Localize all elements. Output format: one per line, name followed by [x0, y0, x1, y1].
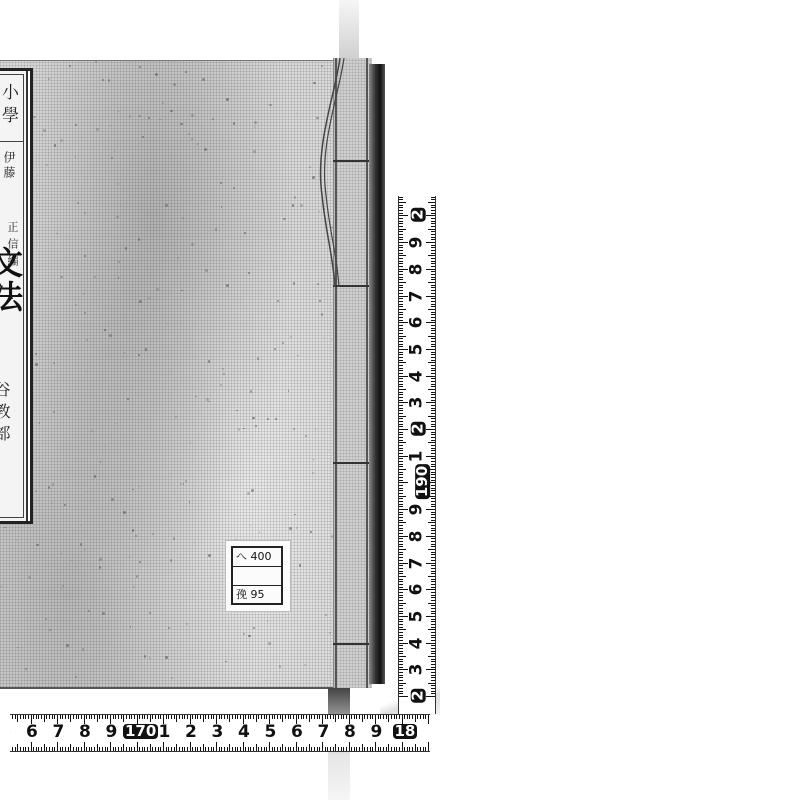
ruler-tick	[142, 715, 143, 719]
ruler-tick	[431, 314, 435, 315]
ruler-tick	[399, 301, 403, 302]
ruler-tick	[333, 715, 334, 719]
ruler-tick	[229, 744, 230, 751]
paper-speck	[69, 65, 71, 67]
ruler-tick	[399, 373, 403, 374]
paper-speck	[304, 664, 306, 666]
ruler-tick	[399, 320, 403, 321]
paper-speck	[310, 531, 312, 533]
ruler-tick	[266, 715, 267, 719]
ruler-tick	[245, 747, 246, 751]
ruler-tick	[224, 747, 225, 751]
ruler-tick	[176, 715, 177, 722]
ruler-tick	[184, 747, 185, 751]
ruler-tick	[399, 218, 403, 219]
ruler-tick	[399, 554, 403, 555]
ruler-tick	[431, 613, 435, 614]
paper-speck	[142, 136, 144, 138]
ruler-tick	[15, 747, 16, 751]
ruler-tick	[431, 245, 435, 246]
paper-speck	[118, 277, 119, 278]
ruler-tick	[383, 747, 384, 751]
ruler-tick	[399, 522, 406, 523]
ruler-tick	[54, 715, 55, 719]
ruler-label: 9	[408, 237, 425, 249]
ruler-tick	[277, 747, 278, 751]
ruler-tick	[107, 747, 108, 751]
ruler-tick	[399, 197, 403, 198]
ruler-tick	[431, 448, 435, 449]
ruler-tick	[91, 747, 92, 751]
ruler-tick	[431, 325, 435, 326]
paper-speck	[191, 243, 194, 246]
ruler-tick	[428, 742, 429, 751]
ruler-tick	[301, 715, 302, 719]
paper-speck	[37, 175, 38, 176]
ruler-tick	[428, 603, 435, 604]
ruler-tick	[158, 715, 159, 719]
ruler-tick	[431, 546, 435, 547]
paper-speck	[152, 533, 153, 534]
ruler-tick	[399, 490, 403, 491]
ruler-tick	[399, 410, 403, 411]
ruler-tick	[431, 271, 435, 272]
ruler-tick	[431, 231, 435, 232]
ruler-tick	[399, 245, 403, 246]
ruler-tick	[399, 250, 403, 251]
ruler-tick	[431, 328, 435, 329]
ruler-tick	[184, 715, 185, 719]
ruler-tick	[394, 747, 395, 751]
ruler-tick	[431, 312, 435, 313]
ruler-tick	[399, 715, 400, 719]
ruler-tick	[399, 544, 403, 545]
ruler-tick	[115, 715, 116, 719]
author-name: 伊藤	[1, 151, 18, 181]
paper-speck	[268, 642, 271, 645]
ruler-tick	[399, 747, 400, 751]
ruler-label: 6	[408, 317, 425, 329]
ruler-tick	[399, 421, 403, 422]
ruler-tick	[426, 376, 435, 377]
ruler-tick	[144, 747, 145, 751]
ruler-tick	[399, 501, 403, 502]
ruler-tick	[431, 573, 435, 574]
ruler-label: 8	[79, 724, 91, 741]
ruler-tick	[399, 659, 403, 660]
ruler-tick	[399, 677, 403, 678]
ruler-tick	[235, 715, 236, 719]
ruler-tick	[431, 413, 435, 414]
ruler-tick	[399, 549, 406, 550]
paper-speck	[109, 334, 112, 337]
paper-speck	[205, 269, 208, 272]
ruler-tick	[338, 747, 339, 751]
paper-speck	[289, 527, 292, 530]
ruler-tick	[12, 747, 13, 751]
ruler-tick	[274, 715, 275, 719]
paper-speck	[53, 362, 55, 364]
ruler-tick	[364, 747, 365, 751]
paper-speck	[87, 492, 88, 493]
paper-speck	[16, 540, 18, 542]
ruler-tick	[431, 461, 435, 462]
ruler-tick	[431, 685, 435, 686]
paper-speck	[223, 373, 226, 376]
ruler-tick	[431, 600, 435, 601]
ruler-tick	[404, 715, 405, 719]
ruler-tick	[431, 525, 435, 526]
paper-speck	[96, 128, 99, 131]
ruler-tick	[31, 742, 32, 751]
ruler-tick	[272, 715, 273, 719]
ruler-tick	[426, 402, 435, 403]
ruler-tick	[15, 715, 16, 719]
ruler-tick	[431, 378, 435, 379]
ruler-tick	[425, 747, 426, 751]
ruler-tick	[399, 688, 403, 689]
ruler-tick	[274, 747, 275, 751]
paper-speck	[88, 610, 90, 612]
ruler-tick	[431, 410, 435, 411]
ruler-tick	[399, 560, 403, 561]
ruler-tick	[216, 742, 217, 751]
ruler-tick	[431, 274, 435, 275]
ruler-tick	[399, 568, 403, 569]
ruler-tick	[285, 747, 286, 751]
paper-speck	[255, 425, 257, 427]
ruler-tick	[399, 603, 406, 604]
ruler-tick	[65, 747, 66, 751]
ruler-tick	[431, 290, 435, 291]
paper-speck	[36, 544, 38, 546]
ruler-tick	[70, 744, 71, 751]
ruler-tick	[399, 571, 403, 572]
paper-speck	[208, 554, 211, 557]
paper-speck	[139, 561, 141, 563]
ruler-tick	[431, 512, 435, 513]
ruler-tick	[370, 747, 371, 751]
ruler-tick	[203, 715, 204, 722]
ruler-tick	[428, 442, 435, 443]
ruler-tick	[399, 285, 403, 286]
ruler-tick	[420, 715, 421, 719]
ruler-tick	[81, 747, 82, 751]
paper-speck	[293, 282, 295, 284]
ruler-tick	[399, 328, 403, 329]
ruler-tick	[399, 696, 408, 697]
ruler-tick	[76, 715, 77, 719]
ruler-tick	[431, 352, 435, 353]
ruler-tick	[431, 464, 435, 465]
ruler-tick	[243, 742, 244, 751]
ruler-tick	[354, 747, 355, 751]
ruler-tick	[73, 715, 74, 719]
paper-speck	[108, 79, 110, 81]
ruler-tick	[399, 221, 403, 222]
ruler-tick	[431, 223, 435, 224]
ruler-tick	[420, 747, 421, 751]
ruler-tick	[399, 330, 403, 331]
call-number-row	[233, 567, 281, 586]
ruler-tick	[431, 667, 435, 668]
ruler-tick	[399, 675, 403, 676]
ruler-label: 8	[344, 724, 356, 741]
paper-speck	[82, 648, 85, 651]
paper-speck	[226, 284, 229, 287]
ruler-tick	[399, 445, 403, 446]
paper-speck	[127, 398, 129, 400]
paper-speck	[248, 272, 250, 274]
ruler-label: 3	[408, 664, 425, 676]
ruler-tick	[399, 667, 403, 668]
ruler-tick	[166, 747, 167, 751]
ruler-tick	[428, 389, 435, 390]
ruler-tick	[428, 229, 435, 230]
ruler-tick	[399, 493, 403, 494]
ruler-tick	[431, 301, 435, 302]
ruler-tick	[378, 747, 379, 751]
paper-speck	[265, 680, 266, 681]
paper-speck	[94, 475, 97, 478]
ruler-tick	[428, 336, 435, 337]
ruler-label: 4	[408, 637, 425, 649]
ruler-tick	[237, 747, 238, 751]
ruler-tick	[301, 747, 302, 751]
ruler-tick	[428, 522, 435, 523]
paper-speck	[254, 126, 255, 127]
ruler-tick	[256, 715, 257, 722]
paper-speck	[201, 127, 202, 128]
paper-speck	[35, 353, 37, 355]
paper-speck	[48, 153, 49, 154]
ruler-tick	[285, 715, 286, 719]
ruler-tick	[399, 440, 403, 441]
ruler-tick	[391, 747, 392, 751]
ruler-tick	[399, 352, 403, 353]
ruler-tick	[399, 683, 406, 684]
ruler-tick	[346, 747, 347, 751]
paper-speck	[225, 661, 227, 663]
ruler-tick	[325, 747, 326, 751]
paper-speck	[180, 483, 182, 485]
ruler-tick	[158, 747, 159, 751]
paper-speck	[144, 655, 147, 658]
ruler-tick	[426, 296, 435, 297]
ruler-tick	[197, 747, 198, 751]
ruler-tick	[399, 418, 403, 419]
paper-speck	[116, 216, 119, 219]
ruler-tick	[399, 442, 406, 443]
ruler-tick	[399, 397, 403, 398]
ruler-tick	[399, 464, 403, 465]
ruler-tick	[250, 715, 251, 719]
ruler-tick	[341, 715, 342, 719]
ruler-tick	[431, 480, 435, 481]
ruler-tick	[399, 448, 403, 449]
ruler-tick	[70, 715, 71, 722]
ruler-tick	[399, 325, 403, 326]
ruler-tick	[362, 715, 363, 722]
paper-speck	[313, 459, 315, 461]
ruler-tick	[288, 715, 289, 719]
ruler-tick	[431, 632, 435, 633]
ruler-tick	[118, 747, 119, 751]
ruler-tick	[78, 747, 79, 751]
ruler-tick	[431, 370, 435, 371]
ruler-tick	[41, 715, 42, 719]
binding-stitch-line	[366, 58, 368, 688]
paper-speck	[194, 542, 195, 543]
ruler-tick	[415, 715, 416, 722]
ruler-tick	[166, 715, 167, 719]
ruler-tick	[330, 747, 331, 751]
ruler-tick	[253, 715, 254, 719]
ruler-tick	[431, 445, 435, 446]
paper-speck	[129, 115, 131, 117]
ruler-label: 3	[408, 397, 425, 409]
ruler-tick	[399, 309, 406, 310]
ruler-tick	[372, 747, 373, 751]
ruler-tick	[399, 651, 403, 652]
ruler-tick	[399, 565, 403, 566]
ruler-tick	[431, 621, 435, 622]
ruler-tick	[25, 747, 26, 751]
paper-speck	[185, 480, 187, 482]
ruler-tick	[426, 643, 435, 644]
ruler-tick	[399, 429, 408, 430]
paper-speck	[25, 668, 27, 670]
ruler-tick	[282, 744, 283, 751]
ruler-tick	[431, 279, 435, 280]
paper-speck	[248, 635, 251, 638]
ruler-tick	[431, 421, 435, 422]
ruler-label: 1	[408, 450, 425, 462]
ruler-tick	[155, 747, 156, 751]
ruler-tick	[195, 747, 196, 751]
ruler-tick	[399, 624, 403, 625]
paper-speck	[102, 79, 103, 80]
ruler-tick	[272, 747, 273, 751]
paper-speck	[75, 676, 77, 678]
paper-speck	[28, 576, 31, 579]
paper-speck	[139, 486, 140, 487]
paper-speck	[233, 122, 236, 125]
paper-speck	[35, 490, 37, 492]
ruler-tick	[431, 552, 435, 553]
ruler-tick	[139, 747, 140, 751]
ruler-tick	[317, 747, 318, 751]
paper-speck	[56, 233, 57, 234]
ruler-tick	[428, 715, 429, 724]
ruler-label: 9	[371, 724, 383, 741]
ruler-tick	[431, 533, 435, 534]
paper-speck	[250, 525, 251, 526]
ruler-tick	[245, 715, 246, 719]
paper-speck	[296, 113, 297, 114]
ruler-tick	[200, 747, 201, 751]
ruler-tick	[396, 747, 397, 751]
ruler-tick	[399, 621, 403, 622]
paper-speck	[282, 342, 284, 344]
ruler-tick	[399, 520, 403, 521]
paper-speck	[111, 157, 113, 159]
ruler-tick	[36, 747, 37, 751]
ruler-tick	[62, 715, 63, 719]
ruler-tick	[399, 231, 403, 232]
ruler-tick	[213, 715, 214, 719]
ruler-tick	[431, 306, 435, 307]
ruler-tick	[431, 368, 435, 369]
ruler-tick	[428, 255, 435, 256]
ruler-tick	[399, 312, 403, 313]
paper-speck	[315, 429, 316, 430]
ruler-tick	[351, 715, 352, 719]
ruler-tick	[105, 715, 106, 719]
ruler-tick	[399, 466, 403, 467]
book-title: 文法	[0, 246, 28, 314]
paper-speck	[118, 261, 120, 263]
ruler-tick	[208, 715, 209, 719]
ruler-tick	[428, 629, 435, 630]
ruler-tick	[399, 472, 403, 473]
ruler-tick	[399, 664, 403, 665]
ruler-tick	[399, 514, 403, 515]
ruler-tick	[78, 715, 79, 719]
ruler-tick	[399, 333, 403, 334]
ruler-tick	[399, 255, 406, 256]
ruler-tick	[431, 440, 435, 441]
ruler-tick	[394, 715, 395, 719]
ruler-tick	[431, 624, 435, 625]
ruler-tick	[399, 199, 403, 200]
ruler-tick	[409, 747, 410, 751]
ruler-tick	[399, 282, 406, 283]
paper-speck	[165, 204, 167, 206]
paper-speck	[132, 489, 133, 490]
ruler-tick	[280, 747, 281, 751]
ruler-tick	[399, 581, 403, 582]
ruler-tick	[431, 648, 435, 649]
ruler-tick	[431, 250, 435, 251]
ruler-tick	[431, 266, 435, 267]
ruler-tick	[399, 344, 403, 345]
ruler-tick	[277, 715, 278, 719]
ruler-tick	[417, 715, 418, 719]
paper-speck	[49, 629, 51, 631]
ruler-tick	[335, 715, 336, 722]
title-slip: 小學 伊藤 正信編 文法 谷教部	[0, 68, 33, 524]
ruler-tick	[399, 629, 406, 630]
ruler-tick	[431, 218, 435, 219]
paper-speck	[48, 78, 50, 80]
paper-speck	[104, 445, 105, 446]
ruler-tick	[428, 549, 435, 550]
ruler-tick	[399, 541, 403, 542]
ruler-tick	[399, 477, 403, 478]
ruler-tick	[264, 747, 265, 751]
ruler-tick	[99, 715, 100, 719]
ruler-tick	[399, 546, 403, 547]
ruler-tick	[399, 263, 403, 264]
paper-speck	[66, 644, 69, 647]
ruler-label: 2	[411, 208, 426, 222]
ruler-tick	[309, 715, 310, 722]
ruler-tick	[49, 747, 50, 751]
vertical-scale-ruler: 234567891901234567892	[398, 196, 436, 714]
ruler-tick	[426, 669, 435, 670]
ruler-tick	[428, 576, 435, 577]
